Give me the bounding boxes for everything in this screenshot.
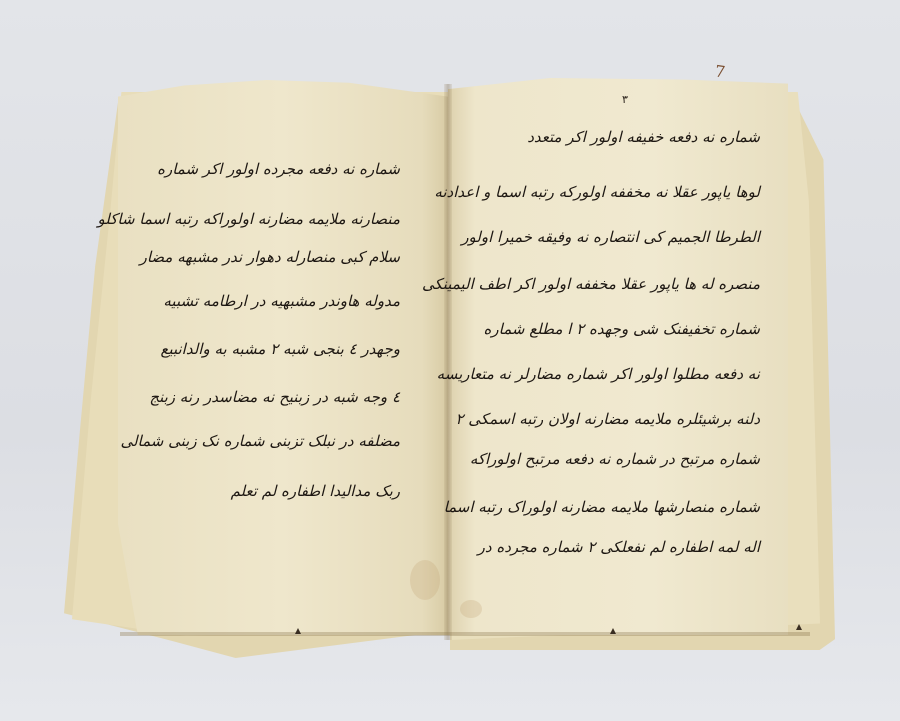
book-gutter bbox=[444, 84, 452, 640]
manuscript-line: وجهدر ٤ بنجی شبه ۲ مشبه به والدانبیع bbox=[160, 340, 400, 358]
page-bottom-edge bbox=[120, 632, 810, 636]
manuscript-line: اله لمه اطفاره لم نفعلکی ۲ شماره مجرده د… bbox=[478, 538, 760, 556]
manuscript-line: نه دفعه مطلوا اولور اکر شماره مضارلر نه … bbox=[437, 365, 760, 383]
manuscript-line: مدوله هاوندر مشبهیه در ارطامه تشبیه bbox=[163, 292, 400, 310]
manuscript-booklet: 7 ٣ شماره نه دفعه مجرده اولور اکر شماره … bbox=[0, 0, 900, 721]
manuscript-line: شماره تخفیفنک شی وجهده ۲ ا مطلع شماره bbox=[484, 320, 760, 338]
right-page-number: ٣ bbox=[622, 93, 628, 106]
manuscript-line: لوها یاپور عقلا نه مخففه اولورکه رتبه اس… bbox=[434, 183, 760, 201]
manuscript-line: شماره مرتبح در شماره نه دفعه مرتبح اولور… bbox=[470, 450, 760, 468]
stitch-mark bbox=[295, 628, 301, 634]
manuscript-line: منصره له ها یاپور عقلا مخففه اولور اکر ا… bbox=[422, 275, 760, 293]
photo-scene: 7 ٣ شماره نه دفعه مجرده اولور اکر شماره … bbox=[0, 0, 900, 721]
manuscript-line: شماره منصارشها ملایمه مضارنه اولوراک رتب… bbox=[444, 498, 760, 516]
manuscript-line: الطرطا الجمیم کی انتصاره نه وفیقه خمیرا … bbox=[461, 228, 760, 246]
paper-stain bbox=[460, 600, 482, 618]
corner-page-number: 7 bbox=[714, 61, 727, 81]
manuscript-line: سلام کبی منصارله دهوار ندر مشبهه مضار bbox=[140, 248, 400, 266]
stitch-mark bbox=[796, 624, 802, 630]
manuscript-line: مضلفه در نبلک تزبنی شماره نک زبنی شمالی bbox=[120, 432, 400, 450]
manuscript-line: ربک مدالیدا اطفاره لم تعلم bbox=[231, 482, 400, 500]
right-page-text: شماره نه دفعه خفیفه اولور اکر متعدد لوها… bbox=[460, 128, 760, 568]
stitch-mark bbox=[610, 628, 616, 634]
manuscript-line: دلنه برشیئلره ملایمه مضارنه اولان رتبه ا… bbox=[455, 410, 760, 428]
manuscript-line: شماره نه دفعه خفیفه اولور اکر متعدد bbox=[527, 128, 760, 146]
manuscript-line: منصارنه ملایمه مضارنه اولوراکه رتبه اسما… bbox=[98, 210, 400, 228]
manuscript-line: شماره نه دفعه مجرده اولور اکر شماره bbox=[157, 160, 400, 178]
manuscript-line: ٤ وجه شبه در زبنیح نه مضاسدر رنه زبنج bbox=[149, 388, 400, 406]
left-page-text: شماره نه دفعه مجرده اولور اکر شماره منصا… bbox=[150, 160, 400, 510]
paper-stain bbox=[410, 560, 440, 600]
